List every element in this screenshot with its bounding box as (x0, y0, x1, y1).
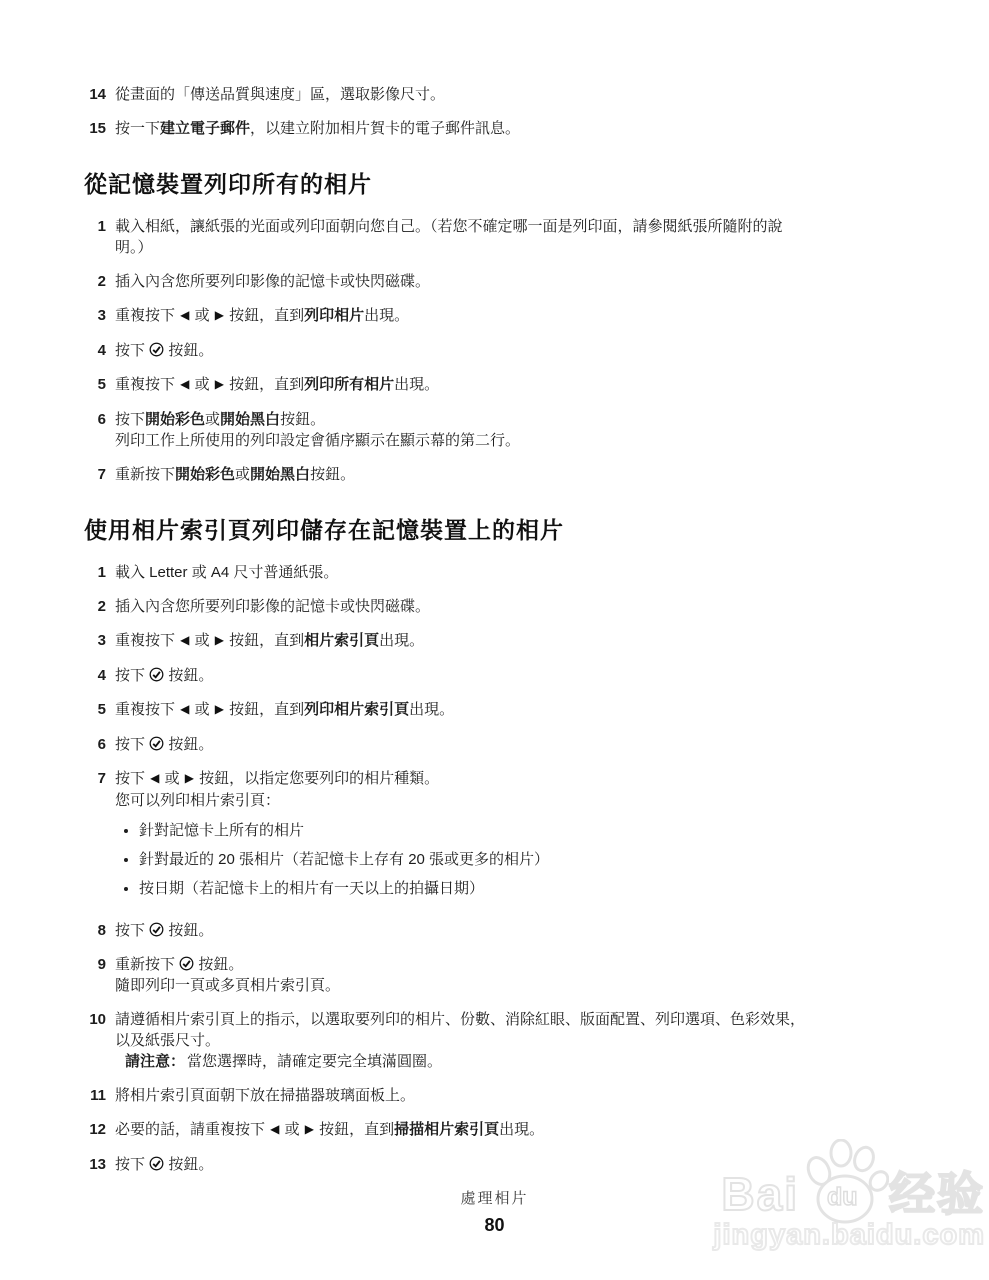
step-6: 6按下 按鈕。 (78, 734, 933, 755)
bold-ui-term: 開始黑白 (250, 466, 310, 483)
step-text: 必要的話，請重複按下 ◀ 或 ▶ 按鈕，直到掃描相片索引頁出現。 (115, 1119, 933, 1141)
step-3: 3重複按下 ◀ 或 ▶ 按鈕，直到列印相片出現。 (78, 305, 933, 327)
right-arrow-icon: ▶ (304, 1122, 315, 1136)
content-root: 14從畫面的「傳送品質與速度」區，選取影像尺寸。15按一下建立電子郵件，以建立附… (78, 84, 933, 1188)
step-5: 5重複按下 ◀ 或 ▶ 按鈕，直到列印所有相片出現。 (78, 374, 933, 396)
step-number: 10 (78, 1009, 106, 1072)
note-label: 請注意： (125, 1053, 185, 1070)
bold-ui-term: 開始彩色 (145, 411, 205, 428)
step-5: 5重複按下 ◀ 或 ▶ 按鈕，直到列印相片索引頁出現。 (78, 699, 933, 721)
step-body: 按下 ◀ 或 ▶ 按鈕，以指定您要列印的相片種類。您可以列印相片索引頁：針對記憶… (115, 768, 933, 907)
step-8: 8按下 按鈕。 (78, 920, 933, 941)
bold-ui-term: 掃描相片索引頁 (394, 1121, 499, 1138)
step-12: 12必要的話，請重複按下 ◀ 或 ▶ 按鈕，直到掃描相片索引頁出現。 (78, 1119, 933, 1141)
step-number: 5 (78, 374, 106, 396)
step-body: 按下 按鈕。 (115, 340, 933, 361)
step-body: 重複按下 ◀ 或 ▶ 按鈕，直到列印相片出現。 (115, 305, 933, 327)
step-text: 按下 按鈕。 (115, 920, 933, 941)
step-1: 1載入 Letter 或 A4 尺寸普通紙張。 (78, 562, 933, 583)
step-text: 按一下建立電子郵件，以建立附加相片賀卡的電子郵件訊息。 (115, 118, 933, 139)
step-number: 12 (78, 1119, 106, 1141)
manual-page: 14從畫面的「傳送品質與速度」區，選取影像尺寸。15按一下建立電子郵件，以建立附… (0, 0, 989, 1280)
step-number: 3 (78, 630, 106, 652)
left-arrow-icon: ◀ (179, 702, 190, 716)
bold-ui-term: 列印相片索引頁 (304, 701, 409, 718)
step-text: 載入 Letter 或 A4 尺寸普通紙張。 (115, 562, 933, 583)
step-2: 2插入內含您所要列印影像的記憶卡或快閃磁碟。 (78, 596, 933, 617)
step-number: 6 (78, 734, 106, 755)
left-arrow-icon: ◀ (179, 308, 190, 322)
left-arrow-icon: ◀ (179, 633, 190, 647)
step-subtext: 您可以列印相片索引頁： (115, 790, 933, 811)
right-arrow-icon: ▶ (214, 633, 225, 647)
note: 請注意：當您選擇時，請確定要完全填滿圓圈。 (115, 1051, 933, 1072)
step-number: 7 (78, 768, 106, 907)
step-9: 9重新按下 按鈕。隨即列印一頁或多頁相片索引頁。 (78, 954, 933, 996)
bold-ui-term: 開始彩色 (175, 466, 235, 483)
step-text: 按下開始彩色或開始黑白按鈕。 (115, 409, 933, 430)
step-body: 按一下建立電子郵件，以建立附加相片賀卡的電子郵件訊息。 (115, 118, 933, 139)
step-1: 1載入相紙，讓紙張的光面或列印面朝向您自己。（若您不確定哪一面是列印面，請參閱紙… (78, 216, 933, 258)
step-4: 4按下 按鈕。 (78, 665, 933, 686)
right-arrow-icon: ▶ (184, 771, 195, 785)
step-body: 載入相紙，讓紙張的光面或列印面朝向您自己。（若您不確定哪一面是列印面，請參閱紙張… (115, 216, 933, 258)
step-body: 按下開始彩色或開始黑白按鈕。列印工作上所使用的列印設定會循序顯示在顯示幕的第二行… (115, 409, 933, 451)
right-arrow-icon: ▶ (214, 308, 225, 322)
bullet-item: 按日期（若記憶卡上的相片有一天以上的拍攝日期） (139, 878, 933, 899)
step-text: 從畫面的「傳送品質與速度」區，選取影像尺寸。 (115, 84, 933, 105)
step-body: 重新按下 按鈕。隨即列印一頁或多頁相片索引頁。 (115, 954, 933, 996)
step-text: 請遵循相片索引頁上的指示，以選取要列印的相片、份數、消除紅眼、版面配置、列印選項… (115, 1009, 933, 1051)
bold-ui-term: 相片索引頁 (304, 632, 379, 649)
bullet-list: 針對記憶卡上所有的相片針對最近的 20 張相片（若記憶卡上存有 20 張或更多的… (115, 820, 933, 899)
step-body: 必要的話，請重複按下 ◀ 或 ▶ 按鈕，直到掃描相片索引頁出現。 (115, 1119, 933, 1141)
step-number: 7 (78, 464, 106, 485)
select-button-icon (149, 922, 164, 939)
step-7: 7重新按下開始彩色或開始黑白按鈕。 (78, 464, 933, 485)
bullet-item: 針對記憶卡上所有的相片 (139, 820, 933, 841)
left-arrow-icon: ◀ (269, 1122, 280, 1136)
step-text: 重複按下 ◀ 或 ▶ 按鈕，直到相片索引頁出現。 (115, 630, 933, 652)
step-3: 3重複按下 ◀ 或 ▶ 按鈕，直到相片索引頁出現。 (78, 630, 933, 652)
step-number: 6 (78, 409, 106, 451)
bold-ui-term: 開始黑白 (220, 411, 280, 428)
bullet-item: 針對最近的 20 張相片（若記憶卡上存有 20 張或更多的相片） (139, 849, 933, 870)
step-number: 5 (78, 699, 106, 721)
step-body: 按下 按鈕。 (115, 665, 933, 686)
step-body: 從畫面的「傳送品質與速度」區，選取影像尺寸。 (115, 84, 933, 105)
paw-icon: du (801, 1139, 889, 1225)
step-text: 重新按下 按鈕。 (115, 954, 933, 975)
step-body: 將相片索引頁面朝下放在掃描器玻璃面板上。 (115, 1085, 933, 1106)
step-text: 載入相紙，讓紙張的光面或列印面朝向您自己。（若您不確定哪一面是列印面，請參閱紙張… (115, 216, 933, 258)
step-text: 插入內含您所要列印影像的記憶卡或快閃磁碟。 (115, 271, 933, 292)
step-body: 按下 按鈕。 (115, 734, 933, 755)
bold-ui-term: 列印所有相片 (304, 376, 394, 393)
select-button-icon (179, 956, 194, 973)
step-text: 將相片索引頁面朝下放在掃描器玻璃面板上。 (115, 1085, 933, 1106)
step-text: 按下 按鈕。 (115, 665, 933, 686)
step-number: 2 (78, 271, 106, 292)
step-subtext: 隨即列印一頁或多頁相片索引頁。 (115, 975, 933, 996)
step-number: 1 (78, 562, 106, 583)
step-number: 3 (78, 305, 106, 327)
watermark-jingyan-text: 经验 (889, 1171, 985, 1217)
watermark-brand-row: Bai du 经验 (713, 1139, 985, 1217)
select-button-icon (149, 342, 164, 359)
step-text: 按下 按鈕。 (115, 340, 933, 361)
step-10: 10請遵循相片索引頁上的指示，以選取要列印的相片、份數、消除紅眼、版面配置、列印… (78, 1009, 933, 1072)
step-body: 插入內含您所要列印影像的記憶卡或快閃磁碟。 (115, 271, 933, 292)
step-number: 4 (78, 665, 106, 686)
left-arrow-icon: ◀ (179, 377, 190, 391)
step-text: 重複按下 ◀ 或 ▶ 按鈕，直到列印所有相片出現。 (115, 374, 933, 396)
step-subtext: 列印工作上所使用的列印設定會循序顯示在顯示幕的第二行。 (115, 430, 933, 451)
baidu-jingyan-watermark: Bai du 经验 jingyan.baidu.com (713, 1139, 985, 1252)
right-arrow-icon: ▶ (214, 702, 225, 716)
step-number: 1 (78, 216, 106, 258)
step-body: 重複按下 ◀ 或 ▶ 按鈕，直到相片索引頁出現。 (115, 630, 933, 652)
section-title: 使用相片索引頁列印儲存在記憶裝置上的相片 (84, 512, 933, 545)
step-number: 14 (78, 84, 106, 105)
step-2: 2插入內含您所要列印影像的記憶卡或快閃磁碟。 (78, 271, 933, 292)
step-number: 4 (78, 340, 106, 361)
step-6: 6按下開始彩色或開始黑白按鈕。列印工作上所使用的列印設定會循序顯示在顯示幕的第二… (78, 409, 933, 451)
step-body: 重複按下 ◀ 或 ▶ 按鈕，直到列印相片索引頁出現。 (115, 699, 933, 721)
step-number: 8 (78, 920, 106, 941)
step-number: 9 (78, 954, 106, 996)
bold-ui-term: 建立電子郵件 (160, 120, 250, 137)
bold-ui-term: 列印相片 (304, 307, 364, 324)
step-7: 7按下 ◀ 或 ▶ 按鈕，以指定您要列印的相片種類。您可以列印相片索引頁：針對記… (78, 768, 933, 907)
section-title: 從記憶裝置列印所有的相片 (84, 166, 933, 199)
watermark-du-text: du (827, 1183, 858, 1212)
watermark-bai-text: Bai (721, 1171, 799, 1217)
step-number: 15 (78, 118, 106, 139)
step-text: 按下 按鈕。 (115, 734, 933, 755)
select-button-icon (149, 667, 164, 684)
step-body: 載入 Letter 或 A4 尺寸普通紙張。 (115, 562, 933, 583)
step-number: 13 (78, 1154, 106, 1175)
right-arrow-icon: ▶ (214, 377, 225, 391)
step-text: 重複按下 ◀ 或 ▶ 按鈕，直到列印相片索引頁出現。 (115, 699, 933, 721)
step-number: 2 (78, 596, 106, 617)
step-text: 插入內含您所要列印影像的記憶卡或快閃磁碟。 (115, 596, 933, 617)
step-body: 重新按下開始彩色或開始黑白按鈕。 (115, 464, 933, 485)
step-body: 重複按下 ◀ 或 ▶ 按鈕，直到列印所有相片出現。 (115, 374, 933, 396)
step-text: 重新按下開始彩色或開始黑白按鈕。 (115, 464, 933, 485)
step-4: 4按下 按鈕。 (78, 340, 933, 361)
select-button-icon (149, 1156, 164, 1173)
step-number: 11 (78, 1085, 106, 1106)
step-text: 重複按下 ◀ 或 ▶ 按鈕，直到列印相片出現。 (115, 305, 933, 327)
step-text: 按下 ◀ 或 ▶ 按鈕，以指定您要列印的相片種類。 (115, 768, 933, 790)
select-button-icon (149, 736, 164, 753)
step-14: 14從畫面的「傳送品質與速度」區，選取影像尺寸。 (78, 84, 933, 105)
step-11: 11將相片索引頁面朝下放在掃描器玻璃面板上。 (78, 1085, 933, 1106)
step-body: 插入內含您所要列印影像的記憶卡或快閃磁碟。 (115, 596, 933, 617)
step-15: 15按一下建立電子郵件，以建立附加相片賀卡的電子郵件訊息。 (78, 118, 933, 139)
step-body: 按下 按鈕。 (115, 920, 933, 941)
left-arrow-icon: ◀ (149, 771, 160, 785)
step-body: 請遵循相片索引頁上的指示，以選取要列印的相片、份數、消除紅眼、版面配置、列印選項… (115, 1009, 933, 1072)
